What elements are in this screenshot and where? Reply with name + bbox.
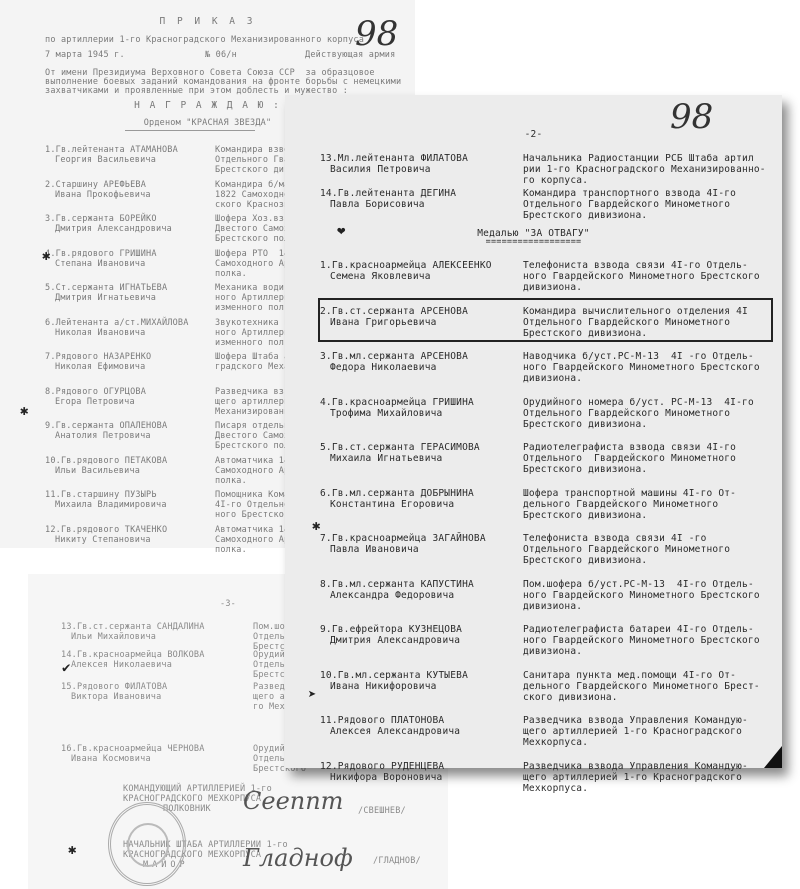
entry-patronymic: Ильи Васильевича	[55, 466, 140, 476]
entry-name: 13.Мл.лейтенанта ФИЛАТОВА	[320, 153, 468, 164]
entry-patronymic: Дмитрия Александровича	[330, 635, 460, 646]
entry-patronymic: Степана Ивановича	[55, 259, 145, 269]
entry-role-line: дивизиона.	[523, 373, 582, 384]
entry-role-line: Телефониста взвода связи 4I-го Отдель-	[523, 260, 748, 271]
entry-name: 11.Гв.старшину ПУЗЫРЬ	[45, 490, 157, 500]
entry-role-line: Отдельного Гвардейского Минометного	[523, 408, 730, 419]
entry-role-line: изменного полк	[215, 303, 289, 313]
tick-mark-icon: ➤	[308, 687, 316, 703]
signatory-name: /ГЛАДНОВ/	[373, 856, 421, 866]
entry-patronymic: Александра Федоровича	[330, 590, 454, 601]
entry-role-line: Радиотелеграфиста взвода связи 4I-го	[523, 442, 736, 453]
entry-name: 15.Рядового ФИЛАТОВА	[61, 682, 167, 692]
entry-patronymic: Ивана Никифоровича	[330, 681, 437, 692]
entry-role-line: Орудийного номера б/уст. РС-М-13 4I-го	[523, 397, 754, 408]
entry-patronymic: Михаила Игнатьевича	[330, 453, 442, 464]
entry-role-line: ного Гвардейского Минометного Брестского	[523, 362, 760, 373]
entry-role-line: Брестского полк	[215, 234, 295, 244]
signature-scrawl: Сеennm	[243, 787, 343, 815]
entry-role-line: Санитара пункта мед.помощи 4I-го От-	[523, 670, 736, 681]
entry-name: 10.Гв.рядового ПЕТАКОВА	[45, 456, 167, 466]
entry-role-line: ного Гвардейского Минометного Брестского	[523, 271, 760, 282]
heading-underline	[125, 130, 255, 131]
entry-role-line: дивизиона.	[523, 601, 582, 612]
entry-role-line: Отдельного Гвардейского Минометного	[523, 317, 730, 328]
entry-patronymic: Егора Петровича	[55, 397, 135, 407]
entry-patronymic: Ильи Михайловича	[71, 632, 156, 642]
entry-patronymic: Дмитрия Александровича	[55, 224, 172, 234]
entry-role-line: изменного полк	[215, 338, 289, 348]
entry-patronymic: Николая Ефимовича	[55, 362, 145, 372]
entry-role-line: дельного Гвардейского Минометного	[523, 499, 718, 510]
entry-name: 11.Рядового ПЛАТОНОВА	[320, 715, 444, 726]
entry-role-line: щего артиллерией 1-го Красноградского	[523, 726, 742, 737]
tick-mark-icon: ✔	[62, 660, 70, 676]
entry-name: 13.Гв.ст.сержанта САНДАЛИНА	[61, 622, 205, 632]
signature-scrawl: Гладноф	[243, 844, 353, 872]
entry-patronymic: Алексея Николаевича	[71, 660, 172, 670]
entry-name: 8.Гв.мл.сержанта КАПУСТИНА	[320, 579, 474, 590]
entry-role-line: Командира транспортного взвода 4I-го	[523, 188, 736, 199]
order-subtitle: по артиллерии 1-го Красноградского Механ…	[45, 35, 364, 45]
entry-patronymic: Павла Борисовича	[330, 199, 425, 210]
entry-role-line: Разведчика взвода Управления Командую-	[523, 761, 748, 772]
entry-name: 4.Гв.красноармейца ГРИШИНА	[320, 397, 474, 408]
entry-name: 3.Гв.мл.сержанта АРСЕНОВА	[320, 351, 468, 362]
entry-name: 7.Гв.красноармейца ЗАГАЙНОВА	[320, 533, 486, 544]
entry-name: 1.Гв.красноармейца АЛЕКСЕЕНКО	[320, 260, 492, 271]
entry-patronymic: Никиту Степановича	[55, 535, 151, 545]
entry-patronymic: Анатолия Петровича	[55, 431, 151, 441]
entry-role-line: Телефониста взвода связи 4I -го	[523, 533, 707, 544]
order-page-2: -2- 98 13.Мл.лейтенанта ФИЛАТОВАВасилия …	[285, 95, 782, 768]
entry-patronymic: Николая Ивановича	[55, 328, 145, 338]
entry-name: 14.Гв.красноармейца ВОЛКОВА	[61, 650, 205, 660]
entry-role-line: Брестского дивизиона.	[523, 555, 647, 566]
entry-role-line: ного Гвардейского Минометного Брестского	[523, 635, 760, 646]
tick-mark-icon: ✱	[42, 248, 50, 264]
entry-name: 4.Гв.рядового ГРИШИНА	[45, 249, 157, 259]
entry-name: 16.Гв.красноармейца ЧЕРНОВА	[61, 744, 205, 754]
entry-patronymic: Никифора Вороновича	[330, 772, 442, 783]
order-date: 7 марта 1945 г.	[45, 50, 125, 60]
entry-role-line: рии 1-го Красноградского Механизированно…	[523, 164, 766, 175]
entry-name: 8.Рядового ОГУРЦОВА	[45, 387, 146, 397]
entry-role-line: Командира взво	[215, 145, 289, 155]
entry-patronymic: Семена Яковлевича	[330, 271, 431, 282]
entry-role-line: Брестского диви	[215, 165, 295, 175]
official-seal-stamp	[108, 802, 186, 886]
entry-role-line: дивизиона.	[523, 646, 582, 657]
entry-role-line: Шофера РТО 147	[215, 249, 295, 259]
entry-name: 5.Ст.сержанта ИГНАТЬЕВА	[45, 283, 167, 293]
folded-corner	[764, 746, 782, 768]
entry-patronymic: Алексея Александровича	[330, 726, 460, 737]
entry-role-line: дельного Гвардейского Минометного Брест-	[523, 681, 760, 692]
entry-role-line: Автоматчика 147	[215, 456, 295, 466]
entry-role-line: Брестского дивизиона.	[523, 510, 647, 521]
order-title: П Р И К А З	[0, 16, 415, 27]
entry-patronymic: Трофима Михайловича	[330, 408, 442, 419]
entry-role-line: Начальника Радиостанции РСБ Штаба артил	[523, 153, 754, 164]
entry-name: 12.Гв.рядового ТКАЧЕНКО	[45, 525, 167, 535]
entry-role-line: Отдельного Гвардейского Минометного	[523, 544, 730, 555]
tick-mark-icon: ✱	[68, 842, 76, 858]
handwritten-page-number: 98	[355, 14, 398, 54]
entry-role-line: полка.	[215, 269, 247, 279]
entry-name: 9.Гв.ефрейтора КУЗНЕЦОВА	[320, 624, 462, 635]
entry-patronymic: Ивана Григорьевича	[330, 317, 437, 328]
entry-role-line: полка.	[215, 545, 247, 555]
entry-role-line: дивизиона.	[523, 282, 582, 293]
entry-role-line: Отдельного Гва	[215, 155, 289, 165]
entry-role-line: Радиотелеграфиста батареи 4I-го Отдель-	[523, 624, 754, 635]
entry-patronymic: Федора Николаевича	[330, 362, 437, 373]
entry-role-line: Брестского дивизиона.	[523, 419, 647, 430]
entry-role-line: Механика водит	[215, 283, 289, 293]
entry-role-line: го корпуса.	[523, 175, 588, 186]
entry-role-line: Командира б/ма	[215, 180, 289, 190]
entry-role-line: Командира вычислительного отделения 4I	[523, 306, 748, 317]
entry-role-line: Мехкорпуса.	[523, 737, 588, 748]
order-number: № 06/н	[205, 50, 237, 60]
entry-role-line: Брестского дивизиона.	[523, 210, 647, 221]
entry-patronymic: Ивана Прокофьевича	[55, 190, 151, 200]
entry-name: 2.Гв.ст.сержанта АРСЕНОВА	[320, 306, 468, 317]
entry-role-line: Брестского дивизиона.	[523, 464, 647, 475]
entry-patronymic: Виктора Ивановича	[71, 692, 161, 702]
tick-mark-icon: ✱	[20, 403, 28, 419]
entry-name: 14.Гв.лейтенанта ДЕГИНА	[320, 188, 456, 199]
handwritten-page-number: 98	[670, 97, 713, 137]
entry-name: 10.Гв.мл.сержанта КУТЫЕВА	[320, 670, 468, 681]
emblem-icon	[127, 823, 169, 867]
entry-name: 5.Гв.ст.сержанта ГЕРАСИМОВА	[320, 442, 480, 453]
entry-patronymic: Михаила Владимировича	[55, 500, 167, 510]
entry-name: 7.Рядового НАЗАРЕНКО	[45, 352, 151, 362]
entry-name: 1.Гв.лейтенанта АТАМАНОВА	[45, 145, 178, 155]
entry-patronymic: Георгия Васильевича	[55, 155, 156, 165]
entry-name: 2.Старшину АРЕФЬЕВА	[45, 180, 146, 190]
entry-patronymic: Ивана Космовича	[71, 754, 151, 764]
entry-role-line: ского Краснозна	[215, 200, 295, 210]
entry-name: 12.Рядового РУДЕНЦЕВА	[320, 761, 444, 772]
entry-patronymic: Дмитрия Игнатьевича	[55, 293, 156, 303]
entry-role-line: Разведчика взвода Управления Командую-	[523, 715, 748, 726]
entry-role-line: Пом.шофера б/уст.РС-М-13 4I-го Отдель-	[523, 579, 754, 590]
entry-role-line: Шофера транспортной машины 4I-го От-	[523, 488, 736, 499]
signatory-name: /СВЕШНЕВ/	[358, 806, 406, 816]
entry-role-line: Самоходного Арт	[215, 259, 295, 269]
entry-role-line: Двестого Самохо	[215, 224, 295, 234]
entry-name: 9.Гв.сержанта ОПАЛЕНОВА	[45, 421, 167, 431]
entry-name: 3.Гв.сержанта БОРЕЙКО	[45, 214, 157, 224]
entry-role-line: Отдельного Гвардейского Минометного	[523, 453, 736, 464]
entry-role-line: Отдельного Гвардейского Минометного	[523, 199, 730, 210]
medal-underline: ==================	[285, 237, 782, 247]
entry-role-line: ного Гвардейского Минометного Брестского	[523, 590, 760, 601]
entry-role-line: Мехкорпуса.	[523, 783, 588, 794]
entry-role-line: Наводчика б/уст.РС-М-13 4I -го Отдель-	[523, 351, 754, 362]
entry-role-line: щего артиллерией 1-го Красноградского	[523, 772, 742, 783]
entry-role-line: полка.	[215, 476, 247, 486]
entry-patronymic: Константина Егоровича	[330, 499, 454, 510]
entry-patronymic: Павла Ивановича	[330, 544, 419, 555]
tick-mark-icon: ✱	[312, 518, 320, 534]
entry-name: 6.Лейтенанта а/ст.МИХАЙЛОВА	[45, 318, 189, 328]
entry-role-line: 1822 Самоходно	[215, 190, 289, 200]
entry-role-line: ского дивизиона.	[523, 692, 618, 703]
entry-name: 6.Гв.мл.сержанта ДОБРЫНИНА	[320, 488, 474, 499]
entry-patronymic: Василия Петровича	[330, 164, 431, 175]
entry-role-line: Брестского дивизиона.	[523, 328, 647, 339]
